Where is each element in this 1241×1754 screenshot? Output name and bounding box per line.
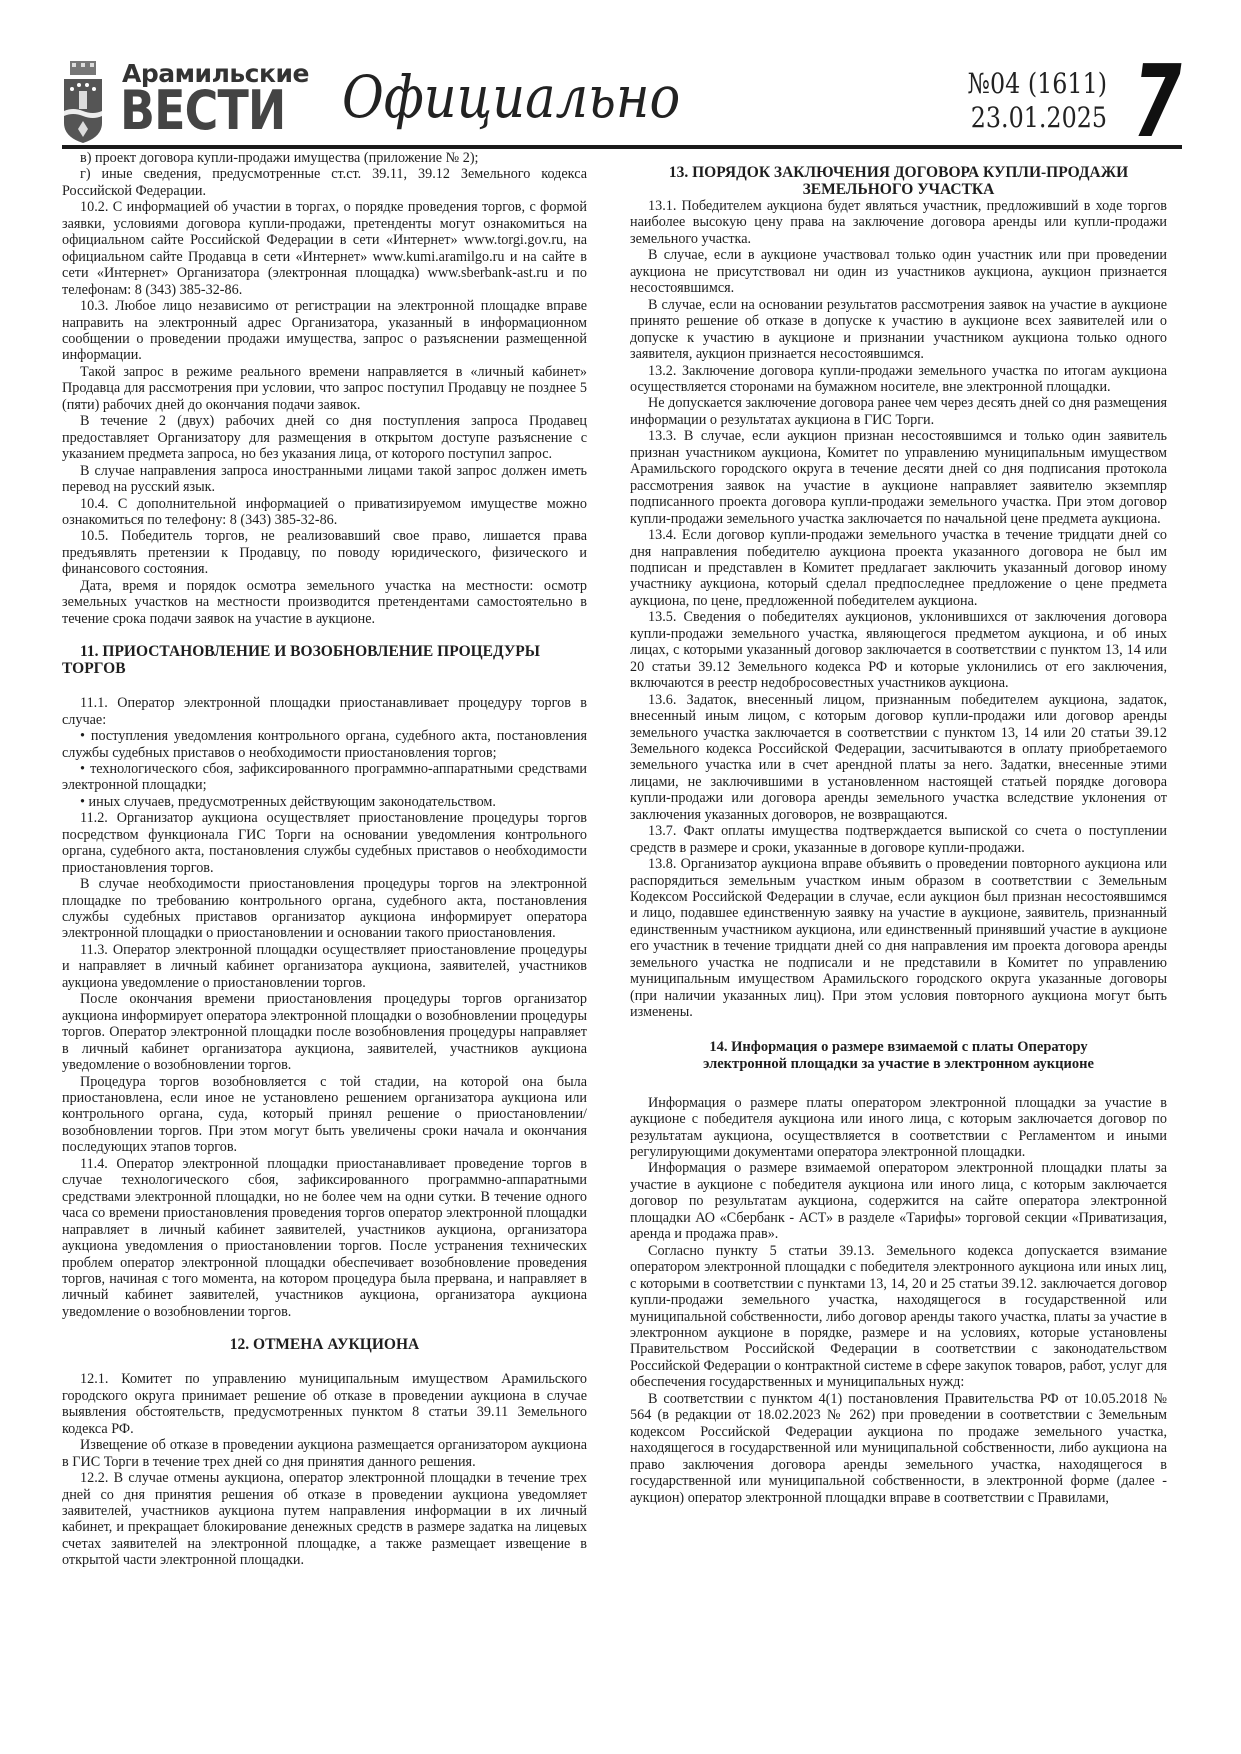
list-item: • иных случаев, предусмотренных действую… (62, 794, 587, 810)
right-column: 13. ПОРЯДОК ЗАКЛЮЧЕНИЯ ДОГОВОРА КУПЛИ-ПР… (630, 150, 1167, 1506)
paragraph: Согласно пункту 5 статьи 39.13. Земельно… (630, 1243, 1167, 1391)
issue-date: 23.01.2025 (912, 101, 1108, 135)
paragraph: 13.1. Победителем аукциона будет являтьс… (630, 198, 1167, 247)
section-heading-11: 11. ПРИОСТАНОВЛЕНИЕ И ВОЗОБНОВЛЕНИЕ ПРОЦ… (62, 643, 587, 677)
paragraph: 10.5. Победитель торгов, не реализовавши… (62, 528, 587, 577)
paragraph: 11.1. Оператор электронной площадки прио… (62, 695, 587, 728)
paragraph: Процедура торгов возобновляется с той ст… (62, 1074, 587, 1156)
paragraph: 12.1. Комитет по управлению муниципальны… (62, 1371, 587, 1437)
issue-number: №04 (1611) (912, 67, 1108, 101)
section-heading-14: 14. Информация о размере взимаемой с пла… (670, 1039, 1127, 1073)
paragraph: 11.2. Организатор аукциона осуществляет … (62, 810, 587, 876)
section-heading-12: 12. ОТМЕНА АУКЦИОНА (62, 1336, 587, 1353)
paragraph: Информация о размере платы оператором эл… (630, 1095, 1167, 1161)
paragraph: Извещение об отказе в проведении аукцион… (62, 1437, 587, 1470)
brand-name-large: ВЕСТИ (120, 81, 286, 141)
paragraph: г) иные сведения, предусмотренные ст.ст.… (62, 166, 587, 199)
paragraph: 12.2. В случае отмены аукциона, оператор… (62, 1470, 587, 1569)
left-column: в) проект договора купли-продажи имущест… (62, 150, 587, 1569)
paragraph: в) проект договора купли-продажи имущест… (62, 150, 587, 166)
paragraph: 13.8. Организатор аукциона вправе объяви… (630, 856, 1167, 1021)
paragraph: Дата, время и порядок осмотра земельного… (62, 578, 587, 627)
issue-info: №04 (1611) 23.01.2025 (912, 67, 1108, 135)
section-title: Официально (342, 63, 680, 131)
paragraph: 10.3. Любое лицо независимо от регистрац… (62, 298, 587, 364)
header-divider (62, 145, 1182, 149)
paragraph: 10.4. С дополнительной информацией о при… (62, 496, 587, 529)
paragraph: 11.3. Оператор электронной площадки осущ… (62, 942, 587, 991)
paragraph: 13.7. Факт оплаты имущества подтверждает… (630, 823, 1167, 856)
section-heading-13: 13. ПОРЯДОК ЗАКЛЮЧЕНИЯ ДОГОВОРА КУПЛИ-ПР… (630, 164, 1167, 198)
paragraph: В случае необходимости приостановления п… (62, 876, 587, 942)
paragraph: В случае направления запроса иностранным… (62, 463, 587, 496)
paragraph: В соответствии с пунктом 4(1) постановле… (630, 1391, 1167, 1506)
paragraph: Информация о размере взимаемой операторо… (630, 1160, 1167, 1242)
paragraph: 13.5. Сведения о победителях аукционов, … (630, 609, 1167, 691)
paragraph: В случае, если в аукционе участвовал тол… (630, 247, 1167, 296)
paragraph: Такой запрос в режиме реального времени … (62, 364, 587, 413)
city-coat-of-arms-icon (62, 61, 104, 143)
paragraph: 13.4. Если договор купли-продажи земельн… (630, 527, 1167, 609)
paragraph: 13.6. Задаток, внесенный лицом, признанн… (630, 692, 1167, 824)
paragraph: 11.4. Оператор электронной площадки прио… (62, 1156, 587, 1321)
paragraph: После окончания времени приостановления … (62, 991, 587, 1073)
paragraph: В течение 2 (двух) рабочих дней со дня п… (62, 413, 587, 462)
paragraph: В случае, если на основании результатов … (630, 297, 1167, 363)
list-item: • поступления уведомления контрольного о… (62, 728, 587, 761)
masthead: Арамильские ВЕСТИ Официально №04 (1611) … (62, 55, 1182, 143)
page-number: 7 (1133, 43, 1182, 160)
list-item: • технологического сбоя, зафиксированног… (62, 761, 587, 794)
paragraph: 10.2. С информацией об участии в торгах,… (62, 199, 587, 298)
paragraph: Не допускается заключение договора ранее… (630, 395, 1167, 428)
paragraph: 13.3. В случае, если аукцион признан нес… (630, 428, 1167, 527)
paragraph: 13.2. Заключение договора купли-продажи … (630, 363, 1167, 396)
